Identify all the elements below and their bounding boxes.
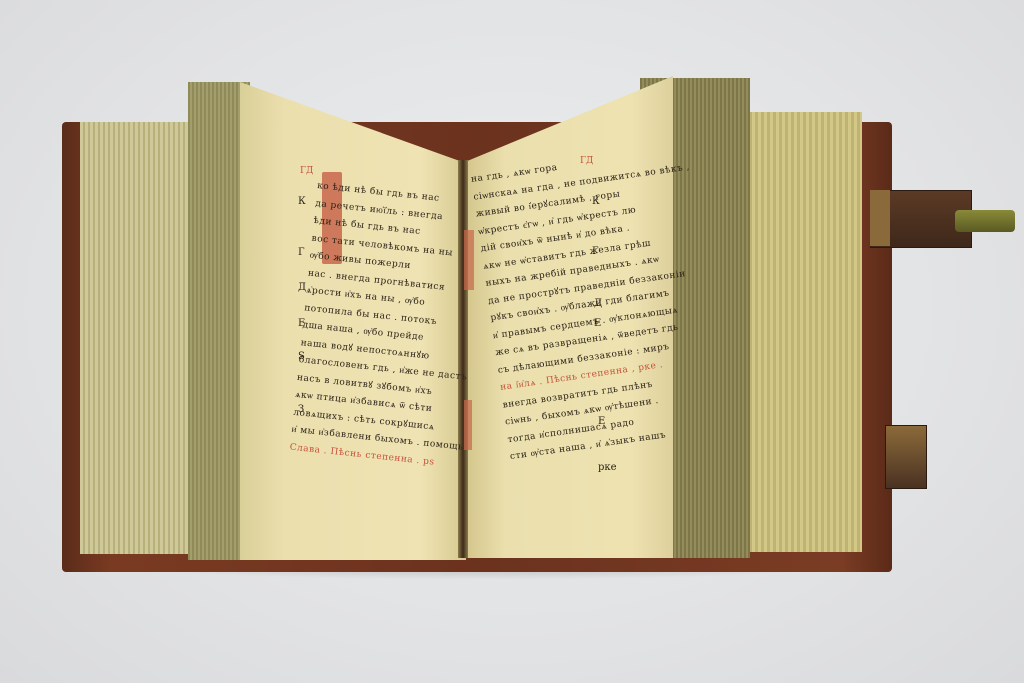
left-margin-number: Д — [298, 282, 306, 293]
brass-clasp-pin — [955, 210, 1015, 232]
left-margin-number: Г — [298, 247, 305, 258]
catchword: рке — [598, 462, 617, 473]
left-page-text: ко ѣди нѣ бы гдь въ нас да речетъ ию҆ї҆л… — [289, 178, 490, 475]
left-folio: ГД — [300, 166, 313, 176]
upper-clasp-edge — [870, 190, 890, 246]
lower-clasp-strap — [885, 425, 927, 489]
left-page-block-outer — [80, 122, 200, 554]
right-page-text: на гдь , ѧкѡ гора сіѡнскаѧ на гда , не п… — [470, 142, 728, 467]
left-margin-number: К — [298, 196, 306, 207]
